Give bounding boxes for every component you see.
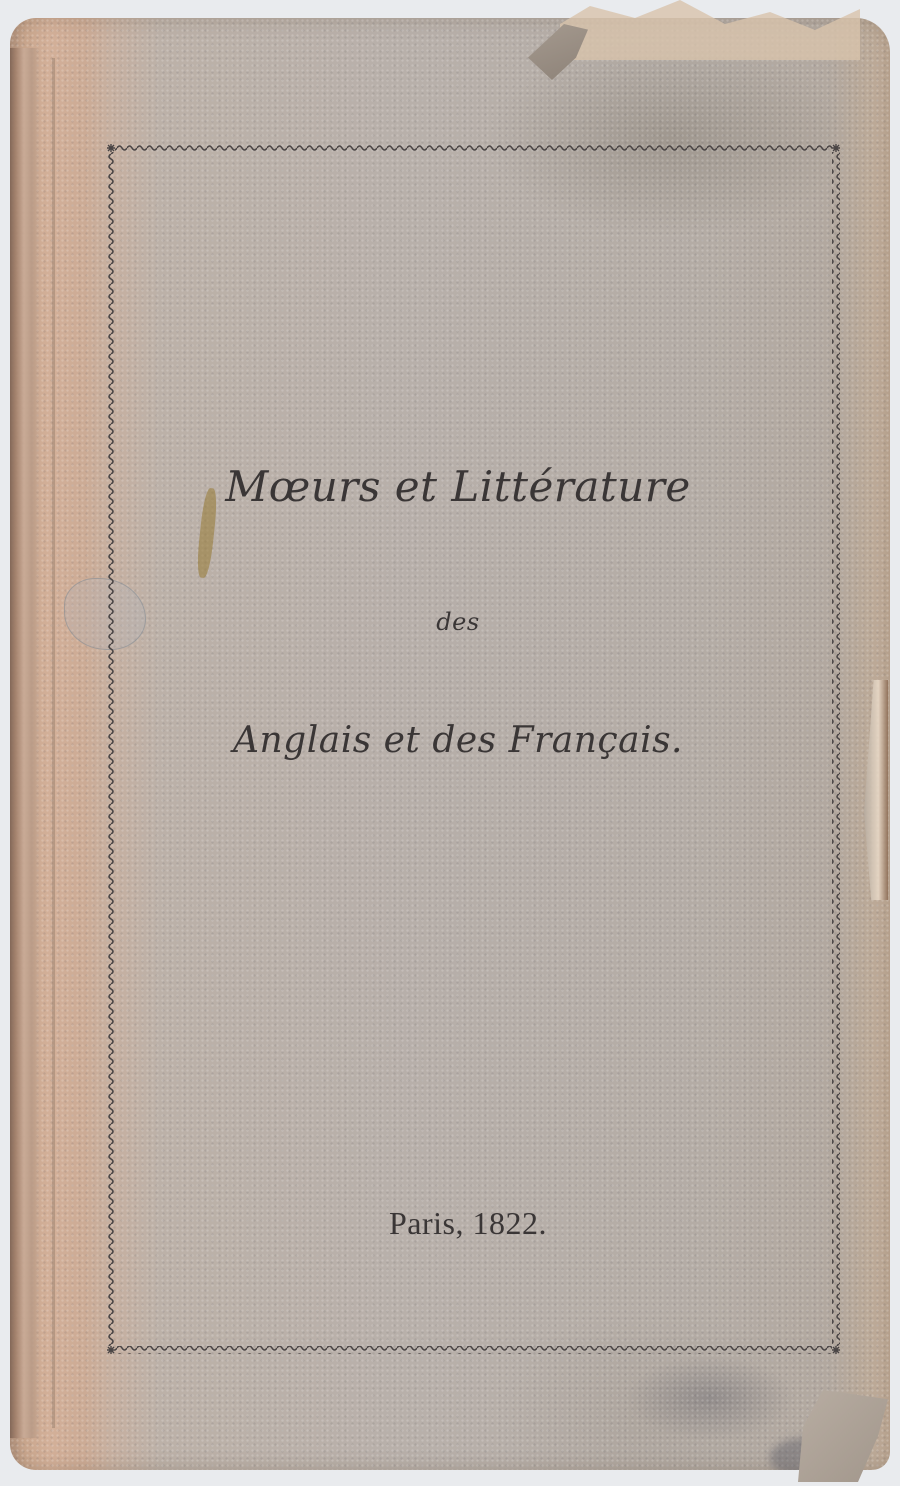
title-line-1: Mœurs et Littérature [8, 462, 900, 511]
torn-top-edge [560, 0, 860, 60]
title-line-2: des [8, 608, 900, 636]
title-line-3: Anglais et des Français. [8, 720, 900, 761]
photo-stage: Mœurs et Littérature des Anglais et des … [0, 0, 900, 1486]
imprint-place-date: Paris, 1822. [18, 1205, 900, 1242]
